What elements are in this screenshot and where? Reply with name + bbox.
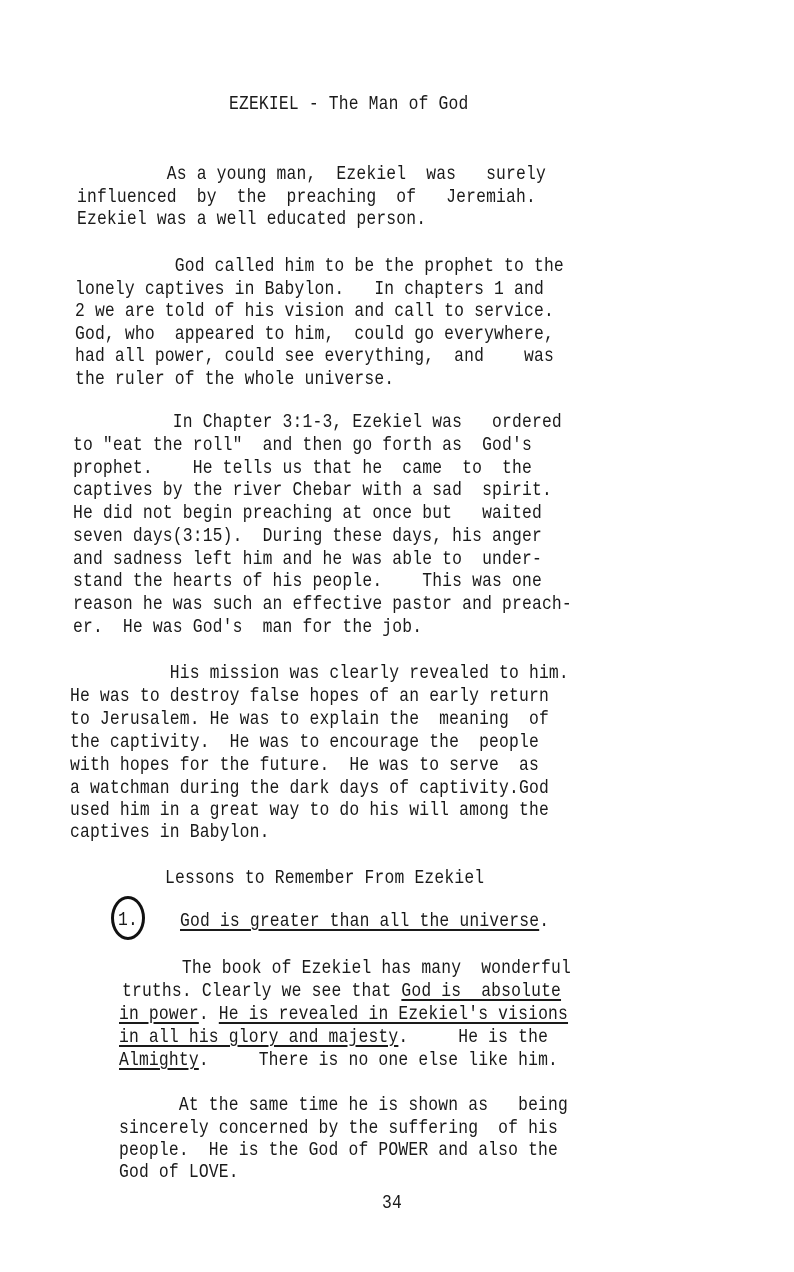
paragraph-4-line: His mission was clearly revealed to him.: [70, 662, 569, 684]
paragraph-2-line: God called him to be the prophet to the: [75, 255, 564, 277]
underlined-text: in all his glory and majesty: [119, 1026, 398, 1048]
lesson-number: 1.: [118, 909, 138, 931]
page-title: EZEKIEL - The Man of God: [229, 93, 468, 115]
paragraph-2-line: God, who appeared to him, could go every…: [75, 323, 554, 345]
paragraph-2-line: the ruler of the whole universe.: [75, 368, 394, 390]
page-number: 34: [382, 1192, 402, 1214]
paragraph-1-line: As a young man, Ezekiel was surely: [77, 163, 546, 185]
paragraph-3-line: stand the hearts of his people. This was…: [73, 570, 542, 592]
paragraph-2-line: 2 we are told of his vision and call to …: [75, 300, 554, 322]
lesson-1-para-line: Almighty. There is no one else like him.: [119, 1049, 558, 1071]
paragraph-2-line: had all power, could see everything, and…: [75, 345, 554, 367]
paragraph-4-line: captives in Babylon.: [70, 821, 270, 843]
underlined-text: He is revealed in Ezekiel's visions: [219, 1003, 568, 1025]
lesson-1-text: God is greater than all the universe: [180, 910, 539, 932]
lesson-1-para-line: in power. He is revealed in Ezekiel's vi…: [119, 1003, 568, 1025]
text-span: truths. Clearly we see that: [122, 980, 401, 1002]
underlined-text: Almighty: [119, 1049, 199, 1071]
paragraph-4-line: used him in a great way to do his will a…: [70, 799, 549, 821]
paragraph-3-line: and sadness left him and he was able to …: [73, 548, 542, 570]
paragraph-4-line: the captivity. He was to encourage the p…: [70, 731, 539, 753]
text-span: . He is the: [398, 1026, 548, 1048]
closing-para-line: God of LOVE.: [119, 1161, 239, 1183]
lesson-1-para-line: in all his glory and majesty. He is the: [119, 1026, 548, 1048]
paragraph-2-line: lonely captives in Babylon. In chapters …: [75, 278, 544, 300]
paragraph-3-line: to "eat the roll" and then go forth as G…: [73, 434, 532, 456]
lesson-1-period: .: [539, 910, 549, 932]
paragraph-3-line: He did not begin preaching at once but w…: [73, 502, 542, 524]
paragraph-1-line: influenced by the preaching of Jeremiah.: [77, 186, 536, 208]
lesson-1-para-line: truths. Clearly we see that God is absol…: [122, 980, 561, 1002]
paragraph-3-line: prophet. He tells us that he came to the: [73, 457, 532, 479]
underlined-text: God is absolute: [401, 980, 561, 1002]
paragraph-4-line: to Jerusalem. He was to explain the mean…: [70, 708, 549, 730]
closing-para-line: people. He is the God of POWER and also …: [119, 1139, 558, 1161]
paragraph-3-line: In Chapter 3:1-3, Ezekiel was ordered: [73, 411, 562, 433]
lessons-heading: Lessons to Remember From Ezekiel: [165, 867, 484, 889]
paragraph-4-line: a watchman during the dark days of capti…: [70, 777, 549, 799]
closing-para-line: At the same time he is shown as being: [119, 1094, 568, 1116]
paragraph-3-line: seven days(3:15). During these days, his…: [73, 525, 542, 547]
paragraph-3-line: reason he was such an effective pastor a…: [73, 593, 572, 615]
paragraph-4-line: He was to destroy false hopes of an earl…: [70, 685, 549, 707]
paragraph-1-line: Ezekiel was a well educated person.: [77, 208, 426, 230]
lesson-1-title: God is greater than all the universe.: [180, 910, 549, 932]
lesson-1-para-line: The book of Ezekiel has many wonderful: [122, 957, 571, 979]
text-span: .: [199, 1003, 219, 1025]
underlined-text: in power: [119, 1003, 199, 1025]
paragraph-3-line: captives by the river Chebar with a sad …: [73, 479, 552, 501]
paragraph-4-line: with hopes for the future. He was to ser…: [70, 754, 539, 776]
closing-para-line: sincerely concerned by the suffering of …: [119, 1117, 558, 1139]
paragraph-3-line: er. He was God's man for the job.: [73, 616, 422, 638]
text-span: . There is no one else like him.: [199, 1049, 558, 1071]
